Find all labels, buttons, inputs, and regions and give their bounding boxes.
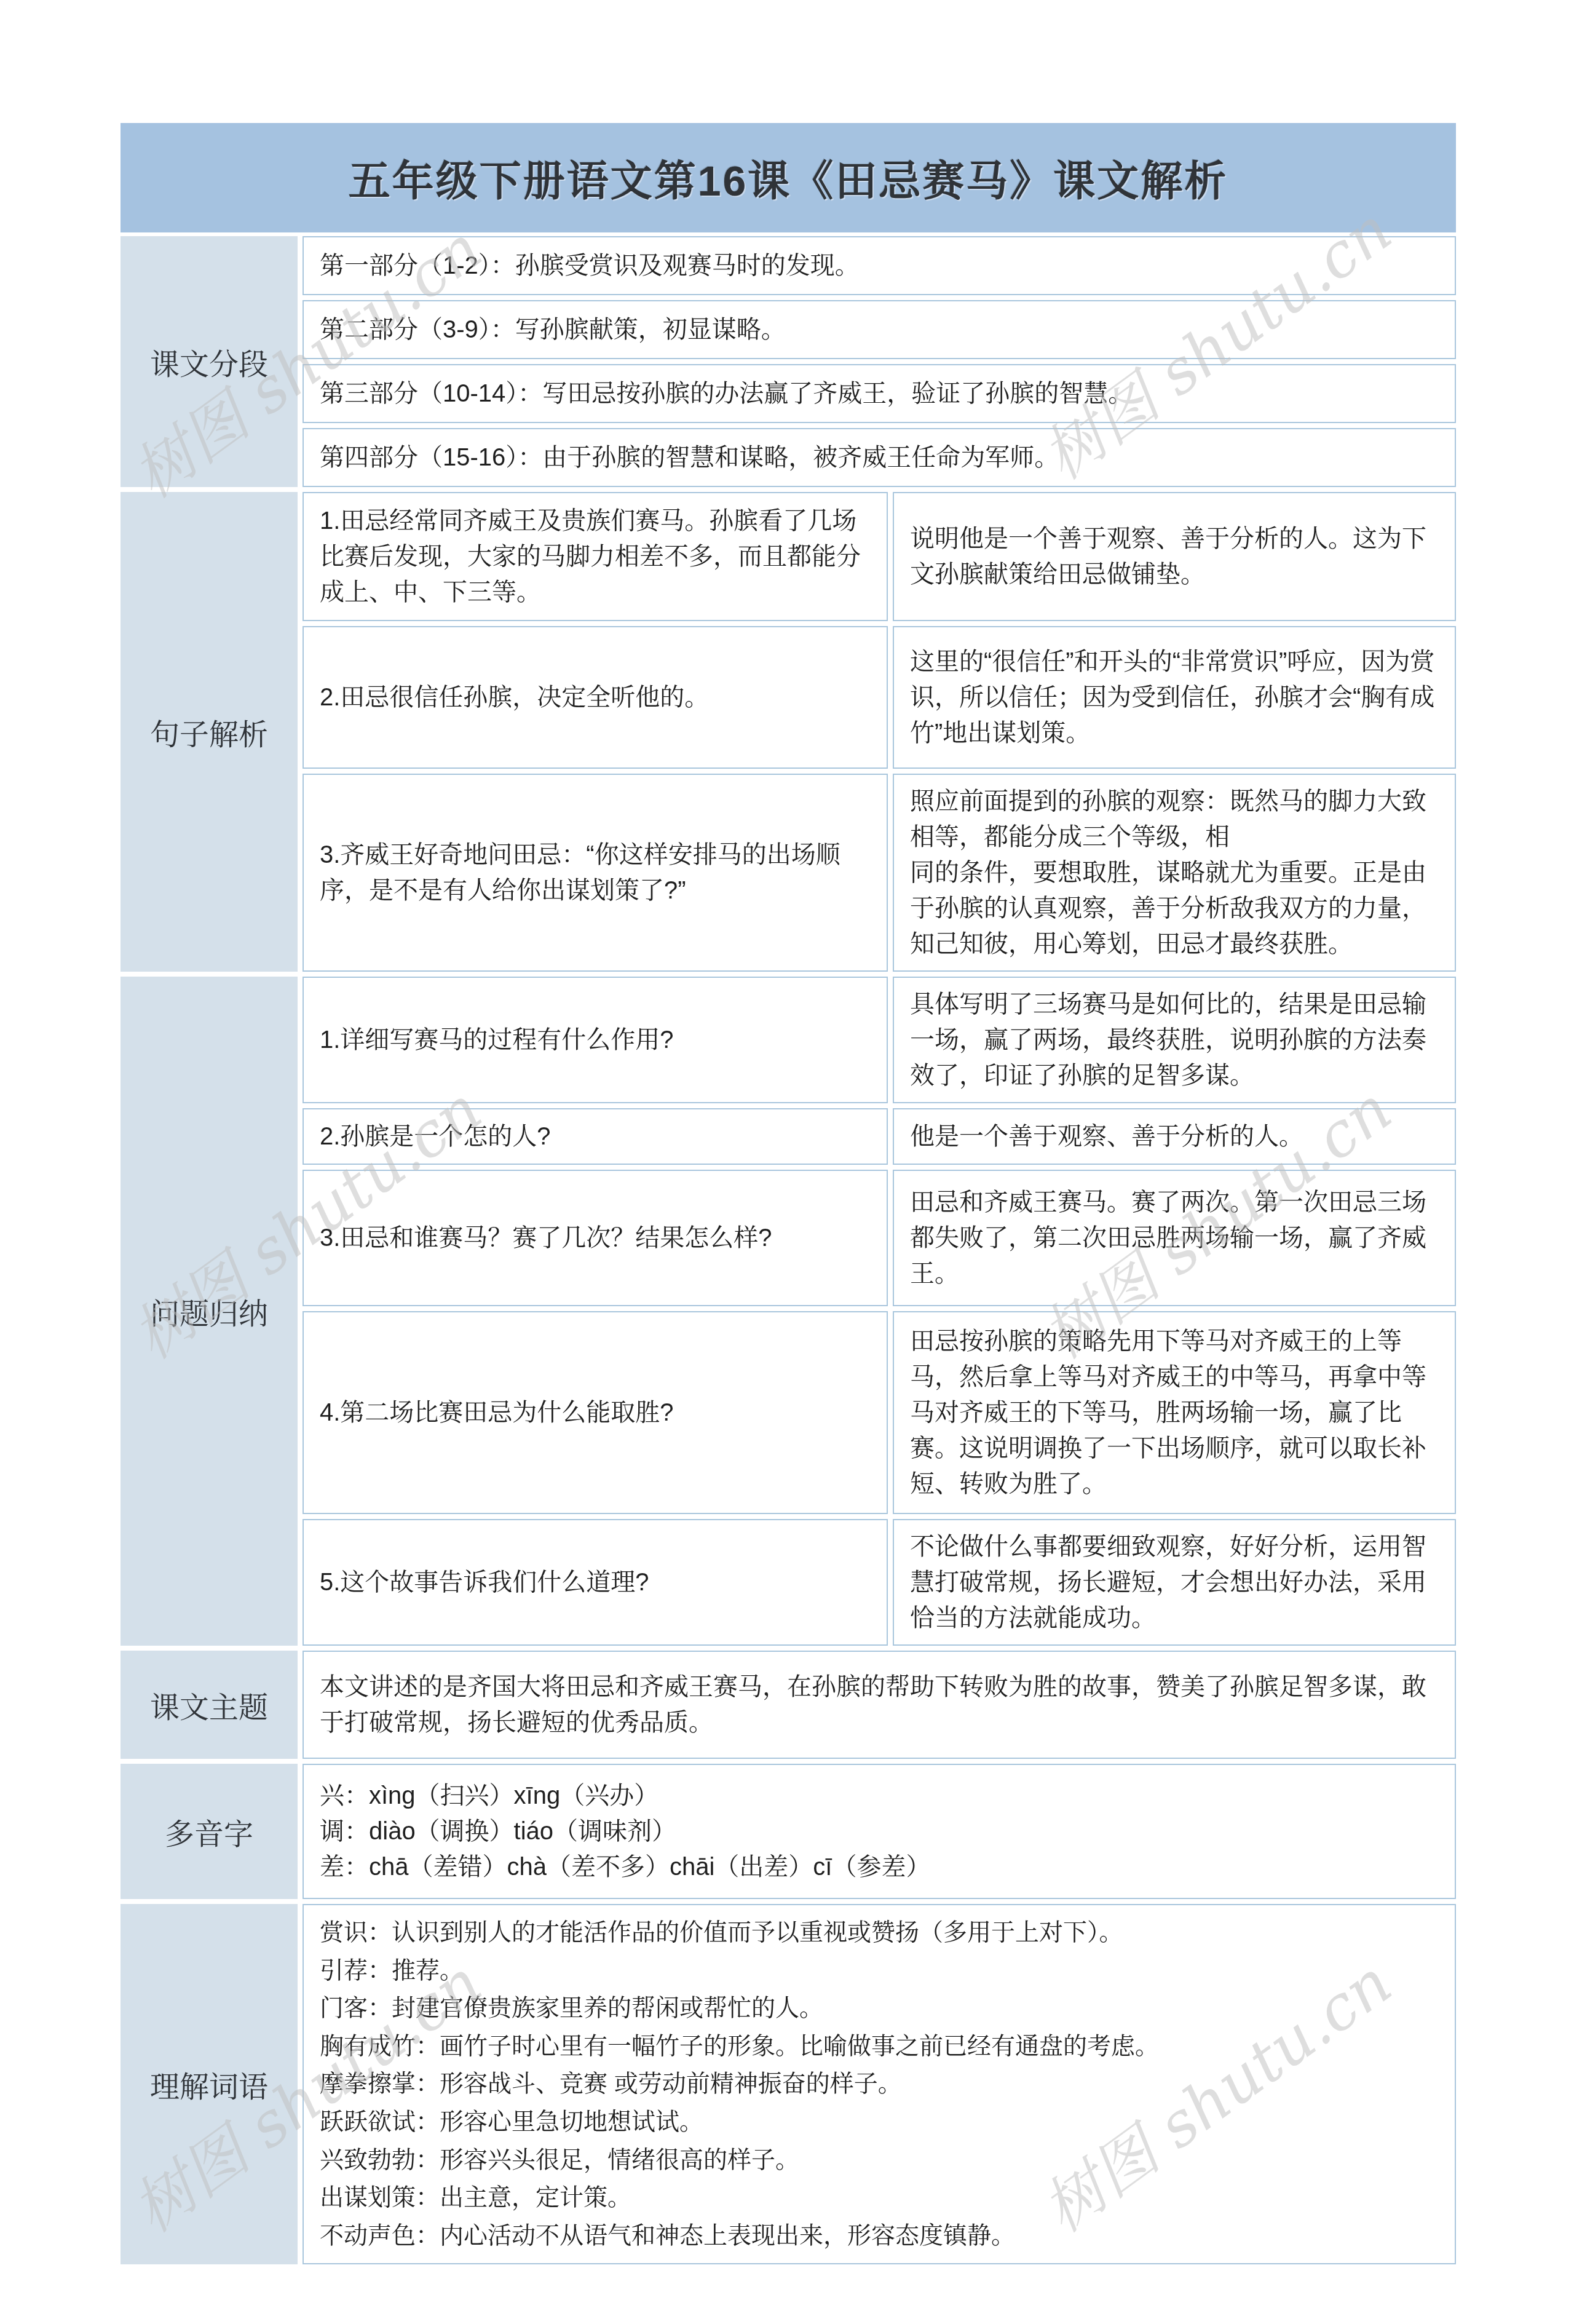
answer-1-cell: 具体写明了三场赛马是如何比的，结果是田忌输一场，赢了两场，最终获胜，说明孙膑的方… (893, 977, 1456, 1103)
table-row: 赏识：认识到别人的才能活作品的价值而予以重视或赞扬（多用于上对下）。 引荐：推荐… (303, 1904, 1456, 2264)
question-5-cell: 5.这个故事告诉我们什么道理? (303, 1519, 888, 1646)
table-row: 4.第二场比赛田忌为什么能取胜? 田忌按孙膑的策略先用下等马对齐威王的上等马，然… (303, 1311, 1456, 1514)
section-label-sentence-analysis: 句子解析 (121, 492, 298, 972)
table-row: 第四部分（15-16）：由于孙膑的智慧和谋略，被齐威王任命为军师。 (303, 428, 1456, 487)
title-banner: 五年级下册语文第16课《田忌赛马》课文解析 (121, 123, 1456, 232)
section-label-text-segmentation: 课文分段 (121, 236, 298, 487)
answer-5-cell: 不论做什么事都要细致观察，好好分析，运用智慧打破常规，扬长避短，才会想出好办法，… (893, 1519, 1456, 1646)
section-rows: 第一部分（1-2）：孙膑受赏识及观赛马时的发现。 第二部分（3-9）：写孙膑献策… (303, 236, 1456, 487)
section-rows: 1.详细写赛马的过程有什么作用? 具体写明了三场赛马是如何比的，结果是田忌输一场… (303, 977, 1456, 1646)
segment-3-cell: 第三部分（10-14）：写田忌按孙膑的办法赢了齐威王，验证了孙膑的智慧。 (303, 364, 1456, 423)
sentence-2-analysis-cell: 这里的“很信任”和开头的“非常赏识”呼应，因为赏识，所以信任；因为受到信任，孙膑… (893, 626, 1456, 769)
section-rows: 兴：xìng（扫兴）xīng（兴办） 调：diào（调换）tiáo（调味剂） 差… (303, 1764, 1456, 1899)
section-label-word-definitions: 理解词语 (121, 1904, 298, 2264)
sentence-3-cell: 3.齐威王好奇地问田忌：“你这样安排马的出场顺序，是不是有人给你出谋划策了?” (303, 774, 888, 972)
section-label-polyphonic-characters: 多音字 (121, 1764, 298, 1899)
section-rows: 本文讲述的是齐国大将田忌和齐威王赛马，在孙膑的帮助下转败为胜的故事，赞美了孙膑足… (303, 1651, 1456, 1759)
answer-2-cell: 他是一个善于观察、善于分析的人。 (893, 1108, 1456, 1165)
theme-cell: 本文讲述的是齐国大将田忌和齐威王赛马，在孙膑的帮助下转败为胜的故事，赞美了孙膑足… (303, 1651, 1456, 1759)
question-4-cell: 4.第二场比赛田忌为什么能取胜? (303, 1311, 888, 1514)
question-1-cell: 1.详细写赛马的过程有什么作用? (303, 977, 888, 1103)
section-polyphonic-characters: 多音字 兴：xìng（扫兴）xīng（兴办） 调：diào（调换）tiáo（调味… (121, 1764, 1456, 1899)
answer-4-cell: 田忌按孙膑的策略先用下等马对齐威王的上等马，然后拿上等马对齐威王的中等马，再拿中… (893, 1311, 1456, 1514)
sentence-1-analysis-cell: 说明他是一个善于观察、善于分析的人。这为下文孙膑献策给田忌做铺垫。 (893, 492, 1456, 621)
table-row: 第三部分（10-14）：写田忌按孙膑的办法赢了齐威王，验证了孙膑的智慧。 (303, 364, 1456, 423)
table-row: 2.孙膑是一个怎的人? 他是一个善于观察、善于分析的人。 (303, 1108, 1456, 1165)
sentence-3-analysis-cell: 照应前面提到的孙膑的观察：既然马的脚力大致相等，都能分成三个等级，相 同的条件，… (893, 774, 1456, 972)
section-label-question-summary: 问题归纳 (121, 977, 298, 1646)
page-title: 五年级下册语文第16课《田忌赛马》课文解析 (349, 148, 1228, 208)
section-sentence-analysis: 句子解析 1.田忌经常同齐威王及贵族们赛马。孙膑看了几场比赛后发现，大家的马脚力… (121, 492, 1456, 972)
table-row: 第一部分（1-2）：孙膑受赏识及观赛马时的发现。 (303, 236, 1456, 295)
section-rows: 1.田忌经常同齐威王及贵族们赛马。孙膑看了几场比赛后发现，大家的马脚力相差不多，… (303, 492, 1456, 972)
table-row: 兴：xìng（扫兴）xīng（兴办） 调：diào（调换）tiáo（调味剂） 差… (303, 1764, 1456, 1899)
answer-3-cell: 田忌和齐威王赛马。赛了两次。第一次田忌三场都失败了，第二次田忌胜两场输一场，赢了… (893, 1170, 1456, 1306)
table-row: 第二部分（3-9）：写孙膑献策，初显谋略。 (303, 300, 1456, 359)
segment-2-cell: 第二部分（3-9）：写孙膑献策，初显谋略。 (303, 300, 1456, 359)
table-row: 1.田忌经常同齐威王及贵族们赛马。孙膑看了几场比赛后发现，大家的马脚力相差不多，… (303, 492, 1456, 621)
section-text-segmentation: 课文分段 第一部分（1-2）：孙膑受赏识及观赛马时的发现。 第二部分（3-9）：… (121, 236, 1456, 487)
sentence-1-cell: 1.田忌经常同齐威王及贵族们赛马。孙膑看了几场比赛后发现，大家的马脚力相差不多，… (303, 492, 888, 621)
section-text-theme: 课文主题 本文讲述的是齐国大将田忌和齐威王赛马，在孙膑的帮助下转败为胜的故事，赞… (121, 1651, 1456, 1759)
table-row: 5.这个故事告诉我们什么道理? 不论做什么事都要细致观察，好好分析，运用智慧打破… (303, 1519, 1456, 1646)
segment-4-cell: 第四部分（15-16）：由于孙膑的智慧和谋略，被齐威王任命为军师。 (303, 428, 1456, 487)
table-row: 3.田忌和谁赛马？赛了几次？结果怎么样? 田忌和齐威王赛马。赛了两次。第一次田忌… (303, 1170, 1456, 1306)
section-rows: 赏识：认识到别人的才能活作品的价值而予以重视或赞扬（多用于上对下）。 引荐：推荐… (303, 1904, 1456, 2264)
table-row: 1.详细写赛马的过程有什么作用? 具体写明了三场赛马是如何比的，结果是田忌输一场… (303, 977, 1456, 1103)
worksheet-page: { "page": { "title": "五年级下册语文第16课《田忌赛马》课… (0, 0, 1574, 2324)
table-row: 2.田忌很信任孙膑，决定全听他的。 这里的“很信任”和开头的“非常赏识”呼应，因… (303, 626, 1456, 769)
question-3-cell: 3.田忌和谁赛马？赛了几次？结果怎么样? (303, 1170, 888, 1306)
polyphonic-characters-cell: 兴：xìng（扫兴）xīng（兴办） 调：diào（调换）tiáo（调味剂） 差… (303, 1764, 1456, 1899)
word-definitions-cell: 赏识：认识到别人的才能活作品的价值而予以重视或赞扬（多用于上对下）。 引荐：推荐… (303, 1904, 1456, 2264)
question-2-cell: 2.孙膑是一个怎的人? (303, 1108, 888, 1165)
section-label-text-theme: 课文主题 (121, 1651, 298, 1759)
table-row: 本文讲述的是齐国大将田忌和齐威王赛马，在孙膑的帮助下转败为胜的故事，赞美了孙膑足… (303, 1651, 1456, 1759)
table-row: 3.齐威王好奇地问田忌：“你这样安排马的出场顺序，是不是有人给你出谋划策了?” … (303, 774, 1456, 972)
segment-1-cell: 第一部分（1-2）：孙膑受赏识及观赛马时的发现。 (303, 236, 1456, 295)
lesson-analysis-table: 五年级下册语文第16课《田忌赛马》课文解析 课文分段 第一部分（1-2）：孙膑受… (121, 123, 1456, 2269)
section-word-definitions: 理解词语 赏识：认识到别人的才能活作品的价值而予以重视或赞扬（多用于上对下）。 … (121, 1904, 1456, 2264)
section-question-summary: 问题归纳 1.详细写赛马的过程有什么作用? 具体写明了三场赛马是如何比的，结果是… (121, 977, 1456, 1646)
sentence-2-cell: 2.田忌很信任孙膑，决定全听他的。 (303, 626, 888, 769)
